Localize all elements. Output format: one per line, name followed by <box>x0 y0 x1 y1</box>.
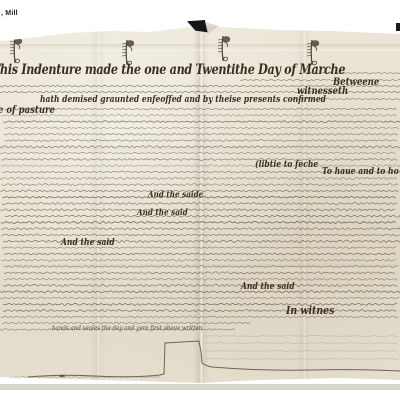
phrase-and-the-said-3: And the said <box>61 239 115 248</box>
phrase-to-haue-and-to-hold: To haue and to ho <box>322 168 399 177</box>
paraph-flourish-icon <box>212 34 234 62</box>
photo-bottom-strip <box>0 384 400 390</box>
paraph-flourish-icon <box>4 36 26 64</box>
phrase-libtie-to-feche: (libtie to feche <box>255 161 318 170</box>
edge-notch <box>396 23 400 31</box>
parchment-sheet: This Indenture made the one and Twentith… <box>0 20 400 388</box>
deed-photo[interactable]: This Indenture made the one and Twentith… <box>0 20 400 392</box>
phrase-and-the-said-4: And the said <box>241 283 295 292</box>
photo-caption: , Mill <box>1 10 18 17</box>
phrase-hath-demised: hath demised graunted enfeoffed and by t… <box>40 95 326 105</box>
phrase-of-pasture: e of pasture <box>0 106 55 116</box>
phrase-and-the-saide-1: And the saide <box>148 191 203 200</box>
phrase-closing-line: hands and seales the day and yere first … <box>52 325 202 332</box>
phrase-and-the-said-2: And the said <box>137 209 188 218</box>
indenture-title-line: This Indenture made the one and Twentith… <box>0 63 345 77</box>
phrase-in-witnes: In witnes <box>286 305 334 316</box>
screenshot-root: , Mill This Indenture made the one and T… <box>0 0 400 400</box>
